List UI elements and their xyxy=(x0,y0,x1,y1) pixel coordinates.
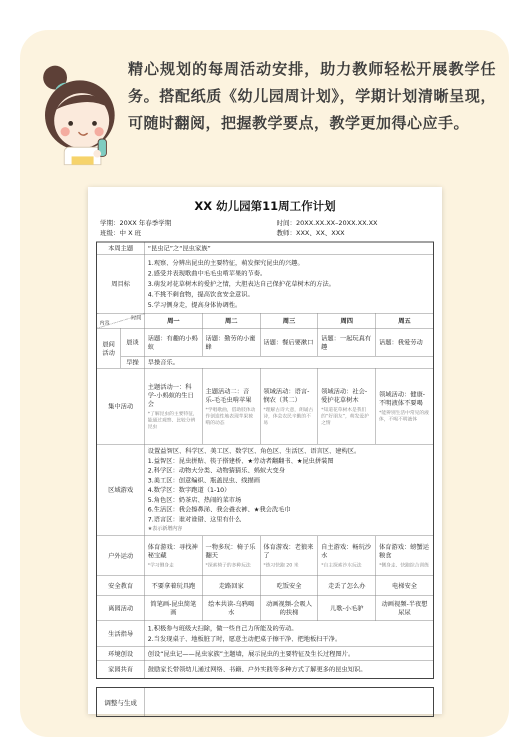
meta-time: 时间：20XX.XX.XX–20XX.XX.XX xyxy=(277,219,430,229)
day-header-fri: 周五 xyxy=(376,313,434,328)
morning-talk-cell: 话题：餐后要漱口 xyxy=(260,328,318,356)
focus-cell: 领域活动：社会-爱护花草树木 *知道花草树木是我们的“好朋友”，萌发爱护之情 xyxy=(318,368,376,444)
area-line: 3.美工区：创意编织、瓶盖昆虫、线描画 xyxy=(148,475,430,485)
outdoor-cell: 一物多玩：椅子乐翻天 *探索椅子的多种玩法 xyxy=(202,536,260,576)
goal-line: 3.萌发对花草树木的爱护之情，大胆表达自己保护花草树木的方法。 xyxy=(148,279,430,290)
focus-note: *知道花草树木是我们的“好朋友”，萌发爱护之情 xyxy=(321,406,372,426)
safety-cell: 电梯安全 xyxy=(376,576,434,596)
safety-cell: 吃饭安全 xyxy=(260,576,318,596)
focus-title: 领域活动：社会-爱护花草树木 xyxy=(321,387,372,404)
hero-paragraph: 精心规划的每周活动安排，助力教师轻松开展教学任务。搭配纸质《幼儿园周计划》，学期… xyxy=(128,56,496,137)
outdoor-title: 体育游戏：螃蟹运粮食 xyxy=(379,543,430,560)
mascot-girl-illustration xyxy=(32,62,124,172)
day-header-wed: 周三 xyxy=(260,313,318,328)
area-line: 设置益智区、科学区、美工区、数学区、角色区、生活区、语言区、建构区。 xyxy=(148,446,430,456)
outdoor-note: *练习快跑 20 米 xyxy=(263,562,314,569)
doc-meta: 学期：20XX 年春季学期 时间：20XX.XX.XX–20XX.XX.XX 班… xyxy=(96,219,434,239)
day-header-mon: 周一 xyxy=(145,313,203,328)
focus-title: 主题活动一：科学-小蚂蚁的生日会 xyxy=(148,383,199,409)
area-line: 2.科学区：动物大分类、动物猜猜乐、蚂蚁大变身 xyxy=(148,466,430,476)
days-header-row: 时间 内容 周一 周二 周三 周四 周五 xyxy=(97,313,434,328)
focus-activities-row: 集中活动 主题活动一：科学-小蚂蚁的生日会 *了解昆虫的主要特征，能通过观察、比… xyxy=(97,368,434,444)
outdoor-cell: 体育游戏：寻找神秘宝藏 *学习侧身走 xyxy=(145,536,203,576)
row-label-outdoor: 户外运动 xyxy=(97,536,145,576)
row-label-safety: 安全教育 xyxy=(97,576,145,596)
adjust-cell xyxy=(145,688,434,717)
focus-note: *学唱歌曲，借助肢体动作创造性地表现苹果被啃的动态 xyxy=(206,406,257,426)
outdoor-title: 体育游戏：老狼来了 xyxy=(263,543,314,560)
goal-line: 1.观察、分辨出昆虫的主要特征，萌发探究昆虫的兴趣。 xyxy=(148,258,430,269)
corner-content-label: 内容 xyxy=(100,319,110,328)
area-line: 6.生活区：我会擦鼻涕、我会叠衣裤、★我会洗毛巾 xyxy=(148,505,430,515)
row-label-family: 家园共育 xyxy=(97,661,145,679)
row-label-adjust: 调整与生成 xyxy=(97,688,145,717)
page: 精心规划的每周活动安排，助力教师轻松开展教学任务。搭配纸质《幼儿园周计划》，学期… xyxy=(0,0,529,755)
row-label-theme: 本周主题 xyxy=(97,242,145,254)
morning-exercise-cell: 早操音乐。 xyxy=(145,356,434,368)
outdoor-title: 体育游戏：寻找神秘宝藏 xyxy=(148,543,199,560)
adjust-row: 调整与生成 xyxy=(97,688,434,717)
leave-cell: 简笔画-昆虫简笔画 xyxy=(145,596,203,621)
meta-semester: 学期：20XX 年春季学期 xyxy=(100,219,277,229)
row-label-morning-exercise: 早操 xyxy=(121,356,145,368)
morning-talk-cell: 话题：我爱劳动 xyxy=(376,328,434,356)
row-label-life: 生活指导 xyxy=(97,621,145,647)
safety-cell: 走路回家 xyxy=(202,576,260,596)
goals-cell: 1.观察、分辨出昆虫的主要特征，萌发探究昆虫的兴趣。 2.感受并表现歌曲中毛毛虫… xyxy=(145,254,434,313)
safety-cell: 走丢了怎么办 xyxy=(318,576,376,596)
area-line: 5.角色区：奶茶店、热闹的菜市场 xyxy=(148,495,430,505)
life-cell: 1.积极参与班级大扫除，做一些自己力所能及的劳动。 2.当发现桌子、地板脏了时，… xyxy=(145,621,434,647)
focus-note: *理解古诗大意，朗诵古诗，体会农民辛勤的不易 xyxy=(263,406,314,426)
leave-cell: 儿歌-小毛驴 xyxy=(318,596,376,621)
morning-talk-cell: 话题：勤劳的小蜜蜂 xyxy=(202,328,260,356)
family-cell: 鼓励家长带领幼儿通过网络、书籍、户外实践等多种方式了解更多的昆虫知识。 xyxy=(145,661,434,679)
env-cell: 创设“昆虫记——昆虫家族”主题墙，展示昆虫的主要特征及生长过程图片。 xyxy=(145,647,434,661)
env-row: 环境创设 创设“昆虫记——昆虫家族”主题墙，展示昆虫的主要特征及生长过程图片。 xyxy=(97,647,434,661)
weekly-plan-paper: XX 幼儿园第11周工作计划 学期：20XX 年春季学期 时间：20XX.XX.… xyxy=(88,187,442,714)
adjust-table: 调整与生成 xyxy=(96,687,434,717)
paper-inner: XX 幼儿园第11周工作计划 学期：20XX 年春季学期 时间：20XX.XX.… xyxy=(88,187,442,714)
area-line: 4.数学区：数字跑道（1-10） xyxy=(148,485,430,495)
outdoor-note: *学习侧身走 xyxy=(148,562,199,569)
row-label-focus: 集中活动 xyxy=(97,368,145,444)
leave-cell: 动画视频-半夜想尿尿 xyxy=(376,596,434,621)
outdoor-title: 自主游戏：畅玩沙水 xyxy=(321,543,372,560)
promo-card: 精心规划的每周活动安排，助力教师轻松开展教学任务。搭配纸质《幼儿园周计划》，学期… xyxy=(20,30,509,737)
area-games-cell: 设置益智区、科学区、美工区、数学区、角色区、生活区、语言区、建构区。 1.益智区… xyxy=(145,444,434,535)
focus-title: 领域活动：语言-悯农（其二） xyxy=(263,387,314,404)
row-label-leave: 离园活动 xyxy=(97,596,145,621)
weekly-plan-table: 本周主题 “昆虫记”之“昆虫家族” 周目标 1.观察、分辨出昆虫的主要特征，萌发… xyxy=(96,242,434,680)
focus-note: *能辨别生活中常见的液体，不喝不明液体 xyxy=(379,410,430,423)
safety-cell: 不要拿着玩具跑 xyxy=(145,576,203,596)
focus-cell: 主题活动二：音乐-毛毛虫啃苹果 *学唱歌曲，借助肢体动作创造性地表现苹果被啃的动… xyxy=(202,368,260,444)
day-header-tue: 周二 xyxy=(202,313,260,328)
leave-row: 离园活动 简笔画-昆虫简笔画 绘本共读-乌鸦喝水 动画视频-会吸人的扶梯 儿歌-… xyxy=(97,596,434,621)
theme-value: “昆虫记”之“昆虫家族” xyxy=(145,242,434,254)
goals-row: 周目标 1.观察、分辨出昆虫的主要特征，萌发探究昆虫的兴趣。 2.感受并表现歌曲… xyxy=(97,254,434,313)
doc-title: XX 幼儿园第11周工作计划 xyxy=(96,197,434,214)
goal-line: 5.学习侧身走，提高身体协调性。 xyxy=(148,300,430,311)
meta-class: 班级：中 X 班 xyxy=(100,229,277,239)
morning-exercise-row: 早操 早操音乐。 xyxy=(97,356,434,368)
area-legend: ★表示新增内容 xyxy=(148,524,430,534)
row-label-morning: 晨间活动 xyxy=(97,328,121,368)
area-line: 1.益智区：昆虫拼贴、筷子搭建桥、★劳动者翻翻书、★昆虫拼装图 xyxy=(148,456,430,466)
theme-row: 本周主题 “昆虫记”之“昆虫家族” xyxy=(97,242,434,254)
meta-teacher: 教师：XXX、XX、XXX xyxy=(277,229,430,239)
life-line: 1.积极参与班级大扫除，做一些自己力所能及的劳动。 xyxy=(148,623,430,634)
area-line: 7.语言区：谁对谁错、这里有什么 xyxy=(148,514,430,524)
day-header-thu: 周四 xyxy=(318,313,376,328)
diagonal-corner-cell: 时间 内容 xyxy=(97,313,145,328)
morning-talk-row: 晨间活动 晨谈 话题：有趣的小蚂蚁 话题：勤劳的小蜜蜂 话题：餐后要漱口 话题：… xyxy=(97,328,434,356)
life-row: 生活指导 1.积极参与班级大扫除，做一些自己力所能及的劳动。 2.当发现桌子、地… xyxy=(97,621,434,647)
focus-cell: 主题活动一：科学-小蚂蚁的生日会 *了解昆虫的主要特征，能通过观察、比较分辨昆虫 xyxy=(145,368,203,444)
leave-cell: 动画视频-会吸人的扶梯 xyxy=(260,596,318,621)
outdoor-title: 一物多玩：椅子乐翻天 xyxy=(206,543,257,560)
focus-cell: 领域活动：语言-悯农（其二） *理解古诗大意，朗诵古诗，体会农民辛勤的不易 xyxy=(260,368,318,444)
focus-cell: 领域活动：健康-不明液体不要喝 *能辨别生活中常见的液体，不喝不明液体 xyxy=(376,368,434,444)
focus-note: *了解昆虫的主要特征，能通过观察、比较分辨昆虫 xyxy=(148,411,199,431)
focus-title: 领域活动：健康-不明液体不要喝 xyxy=(379,390,430,407)
goal-line: 4.不挑不剩食物，提高饮食安全意识。 xyxy=(148,289,430,300)
outdoor-cell: 自主游戏：畅玩沙水 *自主探索沙水玩法 xyxy=(318,536,376,576)
outdoor-cell: 体育游戏：螃蟹运粮食 *侧身走、快跑综合训练 xyxy=(376,536,434,576)
row-label-area: 区域游戏 xyxy=(97,444,145,535)
outdoor-cell: 体育游戏：老狼来了 *练习快跑 20 米 xyxy=(260,536,318,576)
corner-time-label: 时间 xyxy=(131,314,141,323)
life-line: 2.当发现桌子、地板脏了时，愿意主动把桌子擦干净、把地板扫干净。 xyxy=(148,634,430,645)
focus-title: 主题活动二：音乐-毛毛虫啃苹果 xyxy=(206,387,257,404)
outdoor-note: *自主探索沙水玩法 xyxy=(321,562,372,569)
hero-section: 精心规划的每周活动安排，助力教师轻松开展教学任务。搭配纸质《幼儿园周计划》，学期… xyxy=(32,56,497,172)
morning-talk-cell: 话题：一起玩真有趣 xyxy=(318,328,376,356)
safety-row: 安全教育 不要拿着玩具跑 走路回家 吃饭安全 走丢了怎么办 电梯安全 xyxy=(97,576,434,596)
area-games-row: 区域游戏 设置益智区、科学区、美工区、数学区、角色区、生活区、语言区、建构区。 … xyxy=(97,444,434,535)
outdoor-row: 户外运动 体育游戏：寻找神秘宝藏 *学习侧身走 一物多玩：椅子乐翻天 *探索椅子… xyxy=(97,536,434,576)
row-label-env: 环境创设 xyxy=(97,647,145,661)
goal-line: 2.感受并表现歌曲中毛毛虫啃苹果的节奏。 xyxy=(148,268,430,279)
row-label-morning-talk: 晨谈 xyxy=(121,328,145,356)
outdoor-note: *侧身走、快跑综合训练 xyxy=(379,562,430,569)
family-row: 家园共育 鼓励家长带领幼儿通过网络、书籍、户外实践等多种方式了解更多的昆虫知识。 xyxy=(97,661,434,679)
outdoor-note: *探索椅子的多种玩法 xyxy=(206,562,257,569)
leave-cell: 绘本共读-乌鸦喝水 xyxy=(202,596,260,621)
morning-talk-cell: 话题：有趣的小蚂蚁 xyxy=(145,328,203,356)
row-label-goals: 周目标 xyxy=(97,254,145,313)
